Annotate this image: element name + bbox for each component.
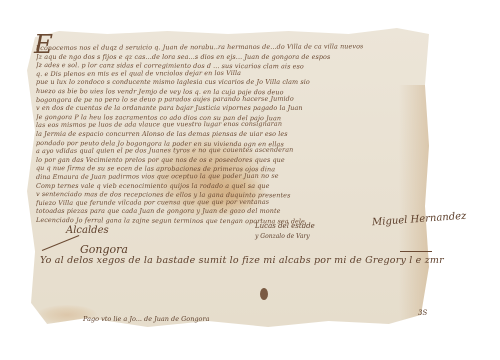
manuscript-line: lo por gan das Vecimiento prelos por que… xyxy=(36,156,424,164)
manuscript-line: l conocemos nos el duqz d seruicio q. Ju… xyxy=(36,42,424,52)
manuscript-line: Jz aqu de ngo dos s fijos e qz cas...de … xyxy=(36,53,424,61)
manuscript-line: Comp ternes vale q vieb ecenocimiento qu… xyxy=(36,182,424,190)
signature-center: Lucas del estdde xyxy=(255,222,315,230)
manuscript-line: totoadas piezas para que cada Juan de go… xyxy=(36,207,424,215)
signature-flourish-right xyxy=(400,251,432,252)
manuscript-body: l conocemos nos el duqz d seruicio q. Ju… xyxy=(36,44,424,234)
manuscript-line: las eos mismos pe luos de ada vlauce que… xyxy=(36,119,424,129)
manuscript-line: v en dos de cuentas de la ordanante para… xyxy=(36,104,424,112)
ink-spot xyxy=(260,288,268,300)
signature-alcaldes: Alcaldes xyxy=(66,225,109,236)
manuscript-line: bogongora de pe no pero lo se deuo p par… xyxy=(36,94,424,104)
manuscript-line: pue u lux lo zondoco s conducente mismo … xyxy=(36,78,424,86)
manuscript-line: a ayo vdidas qual quien el pe dos Juanes… xyxy=(36,145,424,155)
corner-mark: 3S xyxy=(418,309,427,317)
signature-center-sub: y Gonzalo de Vary xyxy=(255,233,310,240)
manuscript-line: fuiezo Villa que ferunde vilcada por cue… xyxy=(36,197,424,207)
manuscript-line: q. e Dis plenos en mis es el qual de vnc… xyxy=(36,68,424,78)
attestation-line: Yo al delos xegos de la bastade sumit lo… xyxy=(40,255,444,266)
manuscript-line: la Jermia de espacio concurren Alonso de… xyxy=(36,130,424,138)
footer-line: Pago vto lie a Jo... de Juan de Gongora xyxy=(83,315,209,323)
manuscript-line: dina Emaura de Juan padirmos vios que oc… xyxy=(36,171,424,181)
